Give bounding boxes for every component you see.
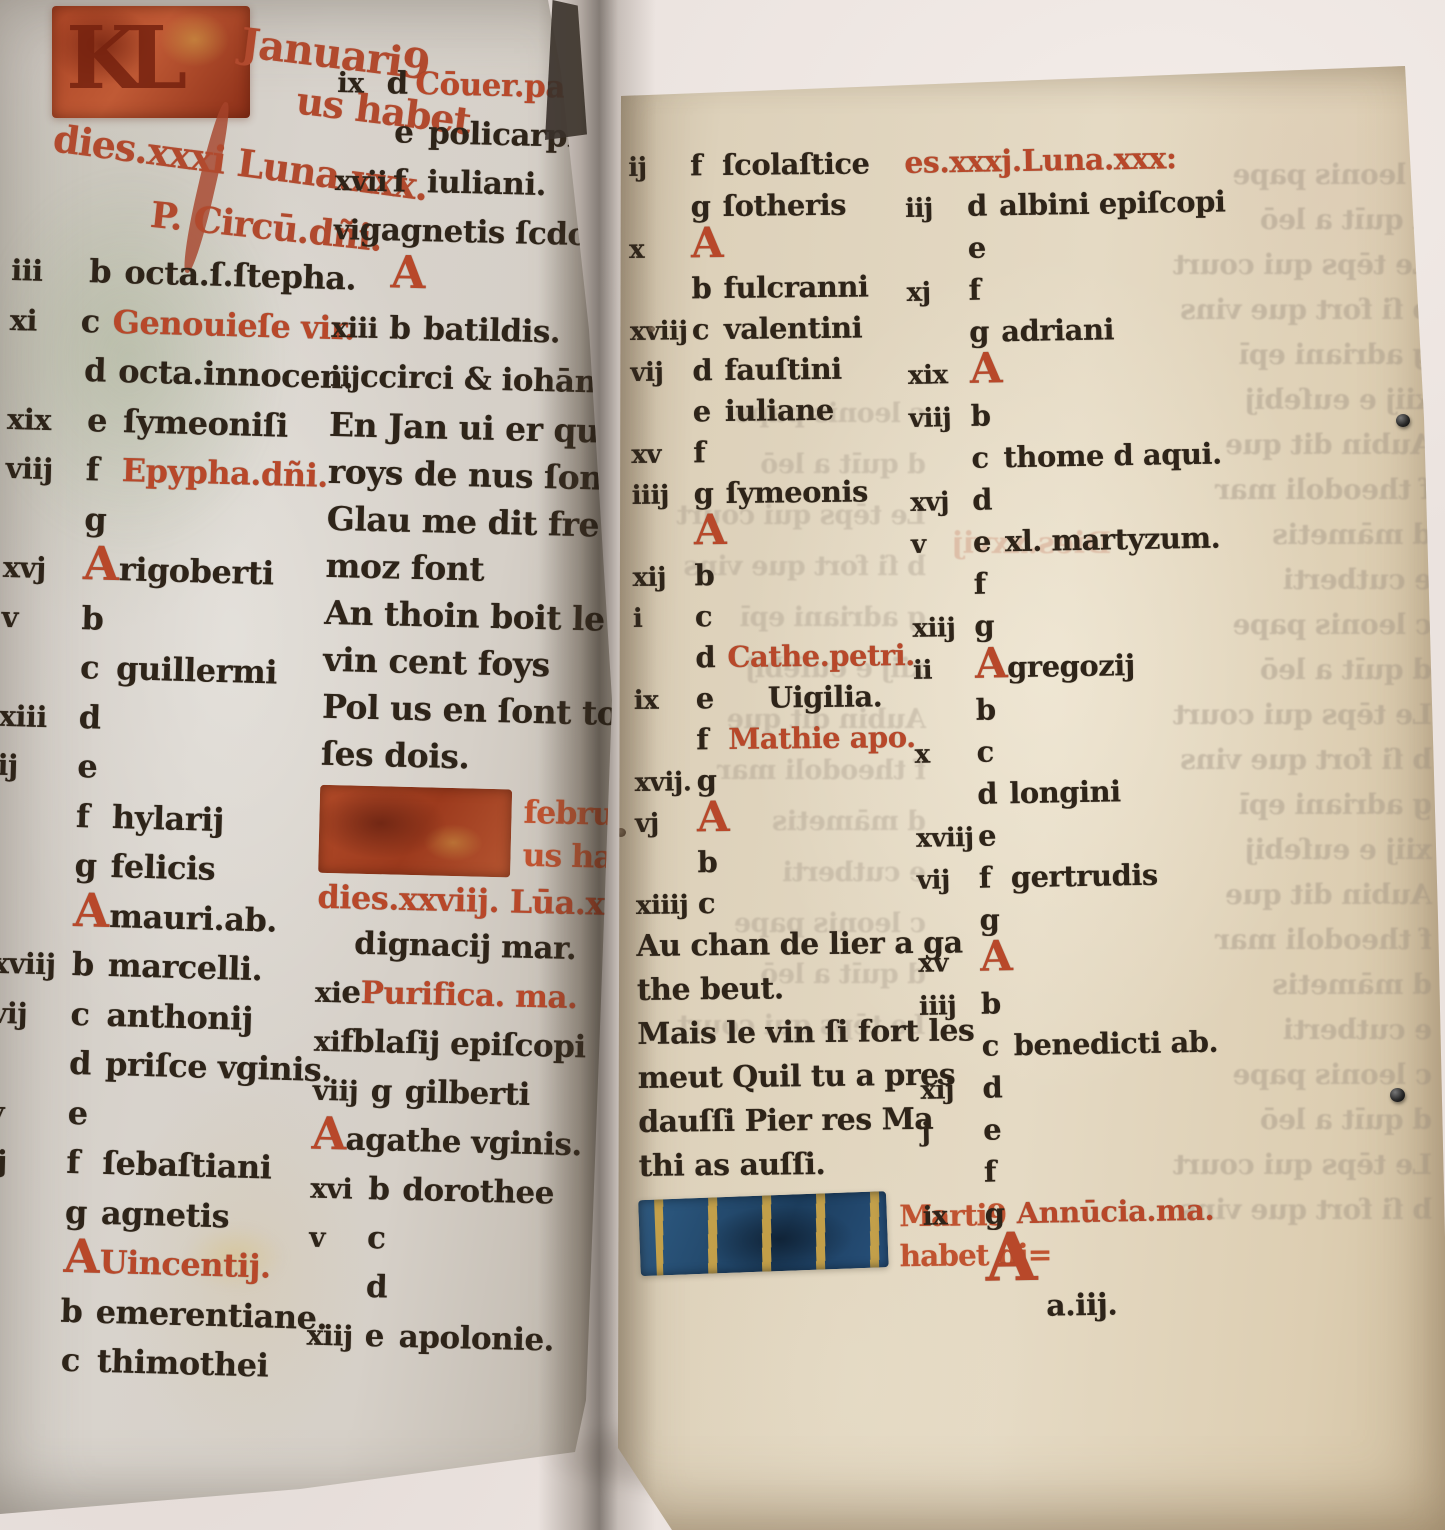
golden-number: xi [315,968,342,1018]
dominical-letter: f [392,157,427,207]
calendar-row: dlongini [915,767,1336,816]
dominical-letter: b [89,247,125,297]
feast-name: longini [1009,770,1121,814]
dominical-letter: f [690,145,722,186]
feast-name: xl. martyzum. [1005,517,1221,563]
quire-signature: a.iij. [1046,1280,1345,1327]
dominical-letter: f [973,562,1006,605]
golden-number: ix [337,58,387,108]
dominical-letter: d [354,920,377,970]
golden-number: xiij [306,1311,365,1361]
calendar-row: iiijb [919,977,1340,1026]
feast-name: gilberti [404,1068,530,1120]
feast-name: gertrudis [1010,854,1158,899]
verse-line: thi as auſſi. [638,1141,968,1188]
dominical-letter: c [692,309,724,350]
verse-line: Pol us en ſont tous [322,683,583,736]
calendar-row: xifblaſij epiſcopi [313,1017,574,1072]
golden-number [0,874,74,876]
dominical-letter: c [80,296,113,346]
calendar-row: dignacij mar. [316,919,577,974]
golden-number: ii [913,649,976,692]
feast-name: Purifica. ma. [360,969,578,1023]
calendar-row: iijccirci & iohānis [330,352,591,407]
dominical-letter: g [359,206,381,256]
dominical-letter: e [364,1312,399,1362]
golden-number: ij [0,741,78,793]
calendar-row: AUincentij. [0,1235,329,1294]
golden-number: ix [634,679,696,721]
feast-name: marcelli. [107,941,263,995]
dominical-letter: d [68,1039,105,1089]
feast-name: ignacij mar. [376,920,577,974]
feast-name: iuliani. [426,158,546,210]
golden-number: xiii [0,691,80,743]
dominical-letter: d [692,350,724,391]
feast-name: Genouieſe vir. [112,297,355,353]
golden-number [920,1056,982,1057]
calendar-row: iiAgregozij [913,641,1334,690]
golden-number [0,824,76,826]
dominical-letter: d [83,346,118,396]
verse-line: roys de nus ſont. [327,448,588,501]
golden-number [631,421,693,422]
dominical-letter: e [967,226,1000,269]
feast-name: rigoberti [118,545,274,599]
photographed-open-book: KL Januari9 us habet dies.xxxi Luna.xxx.… [0,0,1445,1530]
dominical-letter: c [367,1214,402,1264]
kl-initial-march [638,1191,889,1276]
golden-number [922,1182,984,1183]
feast-name: agnetis [100,1188,230,1241]
dominical-letter: f [968,268,1001,311]
golden-number: x [629,228,691,270]
dominical-letter: b [975,688,1008,731]
feast-name: valentini [724,308,863,350]
feast-name: albini epiſcopi [999,180,1226,226]
golden-number [4,527,84,529]
feast-name: thome d aqui. [1003,433,1222,479]
golden-number: xix [6,394,87,446]
dominical-letter: e [341,968,361,1017]
golden-number: j [921,1111,984,1154]
calendar-row: cthome d aqui. [909,431,1330,480]
dominical-letter: e [696,678,728,719]
dominical-letter: d [967,184,1000,227]
feast-name: priſce vginis. [104,1040,332,1096]
dominical-letter: g [370,1067,405,1117]
golden-number [910,468,972,469]
calendar-row: xicGenouieſe vir. [9,294,355,353]
feast-name: Uincentij. [99,1238,271,1292]
golden-number [316,953,354,954]
calendar-row: viijggilberti [312,1066,573,1121]
golden-number [332,286,390,287]
feast-name: Epypha.dñi. [121,446,329,501]
calendar-row: f [911,557,1332,606]
golden-number: v [911,523,974,566]
dominical-letter: d [386,59,416,109]
dominical-letter: c [80,643,117,693]
feast-name: Annūcia.ma. [1016,1189,1214,1234]
golden-number: ij [0,1137,67,1189]
golden-number: iij [905,187,968,230]
feast-name: adriani [1001,308,1114,352]
dominical-letter: b [970,394,1003,437]
feast-name: iuliane [725,390,834,432]
calendar-row: xvjd [910,473,1331,522]
verse-line: Mais le vin ſi fort les [637,1009,967,1056]
feast-name: octa.ſ.ſtepha. [124,248,357,304]
calendar-row: d [307,1262,568,1317]
calendar-row: iiibocta.ſ.ſtepha. [11,245,357,304]
golden-number [916,804,978,805]
feast-name: hylarij [111,793,224,846]
feast-name: felicis [110,842,216,894]
calendar-row: ijfſebaſtiani [0,1136,332,1195]
golden-number [914,720,976,721]
push-pin-bottom [1390,1088,1405,1102]
dominical-letter: c [698,883,730,924]
verse-line: vin cent foys [323,636,584,689]
dominical-letter: A [697,801,729,833]
golden-number: viij [5,444,86,496]
golden-number [918,930,980,931]
feast-name: fulcranni [723,266,868,309]
golden-number [912,594,974,595]
calendar-row: xiijeapolonie. [306,1311,567,1366]
dominical-letter: A [83,546,120,582]
golden-number [629,216,691,217]
golden-number: xvij. [634,761,696,803]
calendar-row: vexl. martyzum. [911,515,1332,564]
golden-number: ij [628,146,690,188]
dominical-letter: A [975,647,1008,679]
feast-name: guillermi [116,644,278,698]
golden-number [8,379,84,381]
golden-number [907,342,969,343]
golden-number [630,298,692,299]
calendar-row: cbenedicti ab. [919,1019,1340,1068]
calendar-row: A [332,254,593,309]
calendar-row: xijd [920,1061,1341,1110]
calendar-row: gagnetis [0,1185,331,1244]
golden-number: xviij [630,310,692,352]
dominical-letter: d [982,1066,1015,1109]
golden-number: xvj [2,543,83,595]
golden-number: xviij [916,817,979,860]
golden-number: xix [908,354,971,397]
feast-name: ſymeonis [725,472,868,514]
dominical-letter: f [696,719,728,760]
verse-line: Glau me dit fre min [326,495,587,548]
golden-number: iii [11,246,90,298]
golden-number: x [914,733,977,776]
dominical-letter: c [976,730,1009,773]
golden-number: ix [922,1195,985,1238]
dominical-letter: b [691,268,723,309]
feast-name: ſcolaſtice [722,143,870,186]
dominical-letter: b [389,304,424,354]
calendar-row: ve [0,1086,333,1145]
dominical-letter: A [970,352,1003,384]
golden-number: vij [0,988,71,1040]
calendar-row: xviijbmarcelli. [0,938,338,997]
golden-number: vij [630,351,692,393]
golden-number [0,1319,60,1321]
verse-line: dauſſi Pier res Ma [638,1097,968,1144]
calendar-row: xjf [906,263,1327,312]
golden-number [0,923,73,925]
dominical-letter: f [693,432,725,473]
calendar-row: cthimothei [0,1334,326,1393]
feast-name: blaſij epiſcopi [352,1018,586,1073]
calendar-row: xc [914,725,1335,774]
golden-number: v [1,592,82,644]
golden-number: i [633,597,695,639]
golden-number: xviij [0,939,73,991]
feast-name: benedicti ab. [1013,1021,1218,1067]
feast-name: batildis. [423,305,561,357]
dominical-letter: e [983,1108,1016,1151]
march-days-luna-header: es.xxxj.Luna.xxx: [904,139,1325,182]
feast-name: Cathe.petri. [727,635,915,678]
golden-number: v [0,1087,68,1139]
dominical-letter: d [972,478,1005,521]
calendar-row: A [923,1229,1344,1278]
feast-name: ſebaſtiani [102,1139,272,1193]
feast-name: Mathie apo. [728,717,916,760]
golden-number: viij [908,397,971,440]
golden-number [0,1072,69,1074]
golden-number: vij [916,859,979,902]
dominical-letter: A [73,892,110,928]
calendar-row: xvibdorothee [310,1164,571,1219]
golden-number: xiiij [636,884,698,926]
dominical-letter: e [67,1088,104,1138]
dominical-letter: e [86,396,123,446]
calendar-row: Aagathe vginis. [311,1115,572,1170]
calendar-row: je [921,1103,1342,1152]
dominical-letter: d [695,637,727,678]
dominical-letter: f [85,445,122,495]
golden-number: xiij [912,607,975,650]
golden-number: xij [632,556,694,598]
feast-name: apolonie. [398,1313,554,1366]
dominical-letter: A [691,227,723,259]
verse-line: ſes dois. [320,730,581,783]
calendar-row: b [913,683,1334,732]
calendar-row: vigagnetis ſcdo. [333,205,594,260]
calendar-row: xviije [916,809,1337,858]
wormhole [648,326,655,332]
calendar-row: xvA [918,935,1339,984]
dominical-letter: b [981,982,1014,1025]
dominical-letter: c [70,989,107,1039]
dominical-letter: d [365,1263,400,1313]
dominical-letter: A [985,1234,1018,1281]
kl-month-row: Marti9habet di= [639,1193,970,1278]
dominical-letter: f [984,1150,1017,1193]
dominical-letter: A [694,514,726,546]
golden-number [636,872,698,873]
golden-number [0,1220,65,1222]
golden-number [633,667,695,668]
golden-number [924,1281,986,1282]
feast-name: agathe vginis. [345,1116,582,1171]
feast-name: circi & iohānis [378,353,626,408]
dominical-letter: f [978,856,1011,899]
verse-line: En Jan ui er que les [328,401,589,454]
calendar-row: vijcanthonij [0,987,336,1046]
golden-number [0,1369,61,1371]
dominical-letter: f [66,1138,103,1188]
golden-number: xj [906,271,969,314]
month-heading: dies.xxviij. Lūa.xxix. [317,875,578,925]
golden-number [336,141,394,142]
calendar-row: xiiid [0,690,344,749]
dominical-letter: c [60,1336,97,1386]
calendar-row: bemerentiane. [0,1284,328,1343]
kl-initial-february [318,785,512,878]
golden-number: iij [330,352,361,402]
calendar-row: vc [309,1213,570,1268]
kl-initial-january: KL [52,6,250,118]
calendar-row: vijfgertrudis [916,851,1337,900]
golden-number: xv [918,942,981,985]
january-column-1: iiibocta.ſ.ſtepha.xicGenouieſe vir.docta… [0,245,357,1393]
golden-number: xvii [334,156,393,206]
dominical-letter: f [340,1017,354,1066]
march-rows: iijdalbini epiſcopiexjfgadrianixixAviijb… [905,179,1344,1278]
push-pin-top [1396,414,1410,427]
kl-monogram: KL [66,8,173,109]
calendar-row: viijb [908,389,1329,438]
calendar-row: e [905,221,1326,270]
dominical-letter: f [75,792,112,842]
golden-number: xij [920,1069,983,1112]
calendar-row: xiePurifica. ma. [315,968,576,1023]
golden-number [632,544,694,545]
feast-name: ſymeoniſi [122,397,288,451]
feast-name: gregozij [1007,644,1135,688]
golden-number: vi [333,205,360,255]
golden-number [906,258,968,259]
verse-line: moz font [325,542,586,595]
dominical-letter: c [971,436,1004,479]
dominical-letter: c [695,596,727,637]
verse-line: An thoin boit le iour [324,589,585,642]
calendar-row: xvjArigoberti [2,542,348,601]
calendar-row: ije [0,740,343,799]
golden-number: vj [635,802,697,844]
calendar-row: viijfEpypha.dñi. [5,443,351,502]
right-page: c leonis paped quīt a leōLe tēps qui cou… [612,58,1445,1530]
dominical-letter: b [81,594,118,644]
golden-number [634,749,696,750]
golden-number: xvi [310,1164,369,1214]
feast-name: anthonij [106,990,254,1044]
golden-number: xv [631,433,693,475]
golden-number: iiij [631,474,693,516]
dominical-letter: e [978,814,1011,857]
dominical-letter: e [77,742,114,792]
dominical-letter: A [390,255,425,290]
feast-name: mauri.ab. [109,891,278,945]
golden-number: xiii [331,303,390,353]
golden-number [0,676,80,678]
calendar-row: iijdalbini epiſcopi [905,179,1326,228]
feast-name: dorothee [402,1166,555,1219]
dominical-letter: e [973,520,1006,563]
golden-number [308,1296,366,1297]
dominical-letter: A [63,1239,100,1275]
dominical-letter: A [311,1117,346,1152]
kl-month-row: februarius habet [318,785,580,879]
dominical-letter: e [394,108,429,158]
left-page: KL Januari9 us habet dies.xxxi Luna.xxx.… [0,0,612,1514]
golden-number: xi [9,295,81,346]
march-column: es.xxxj.Luna.xxx: iijdalbini epiſcopiexj… [904,139,1345,1330]
dominical-letter: b [60,1286,97,1336]
wormhole [616,828,626,837]
golden-number: xi [313,1017,340,1067]
calendar-row: vb [1,591,347,650]
calendar-row: xviifiuliani. [334,156,595,211]
feast-name: Uigilia. [768,676,883,718]
golden-number: iiij [919,985,982,1028]
calendar-row: xixA [908,347,1329,396]
golden-number [0,1270,63,1272]
verse-line: meut Quil tu a pres [638,1053,968,1100]
feast-name: emerentiane. [95,1287,328,1343]
dominical-letter: A [980,940,1013,972]
dominical-letter: e [693,391,725,432]
feast-name: thimothei [96,1337,269,1391]
feast-name: ſotheris [722,185,846,227]
dominical-letter: d [78,693,115,743]
calendar-row: xixeſymeoniſi [6,393,352,452]
january-february-column-2: ixdCōuer.pau.epolicarpi.xviifiuliani.vig… [306,58,598,1366]
dominical-letter: b [368,1165,403,1215]
dominical-letter: d [977,772,1010,815]
dominical-letter: b [694,555,726,596]
calendar-row: xiiibbatildis. [331,303,592,358]
dominical-letter: c [981,1024,1014,1067]
dominical-letter: b [697,842,729,883]
calendar-row: f [922,1145,1343,1194]
feast-name: octa.innocen. [118,347,355,403]
dominical-letter: c [359,353,379,402]
golden-number: v [309,1213,368,1263]
dominical-letter: b [71,940,108,990]
feast-name: fauſtini [724,349,842,391]
golden-number: xvj [910,481,973,524]
